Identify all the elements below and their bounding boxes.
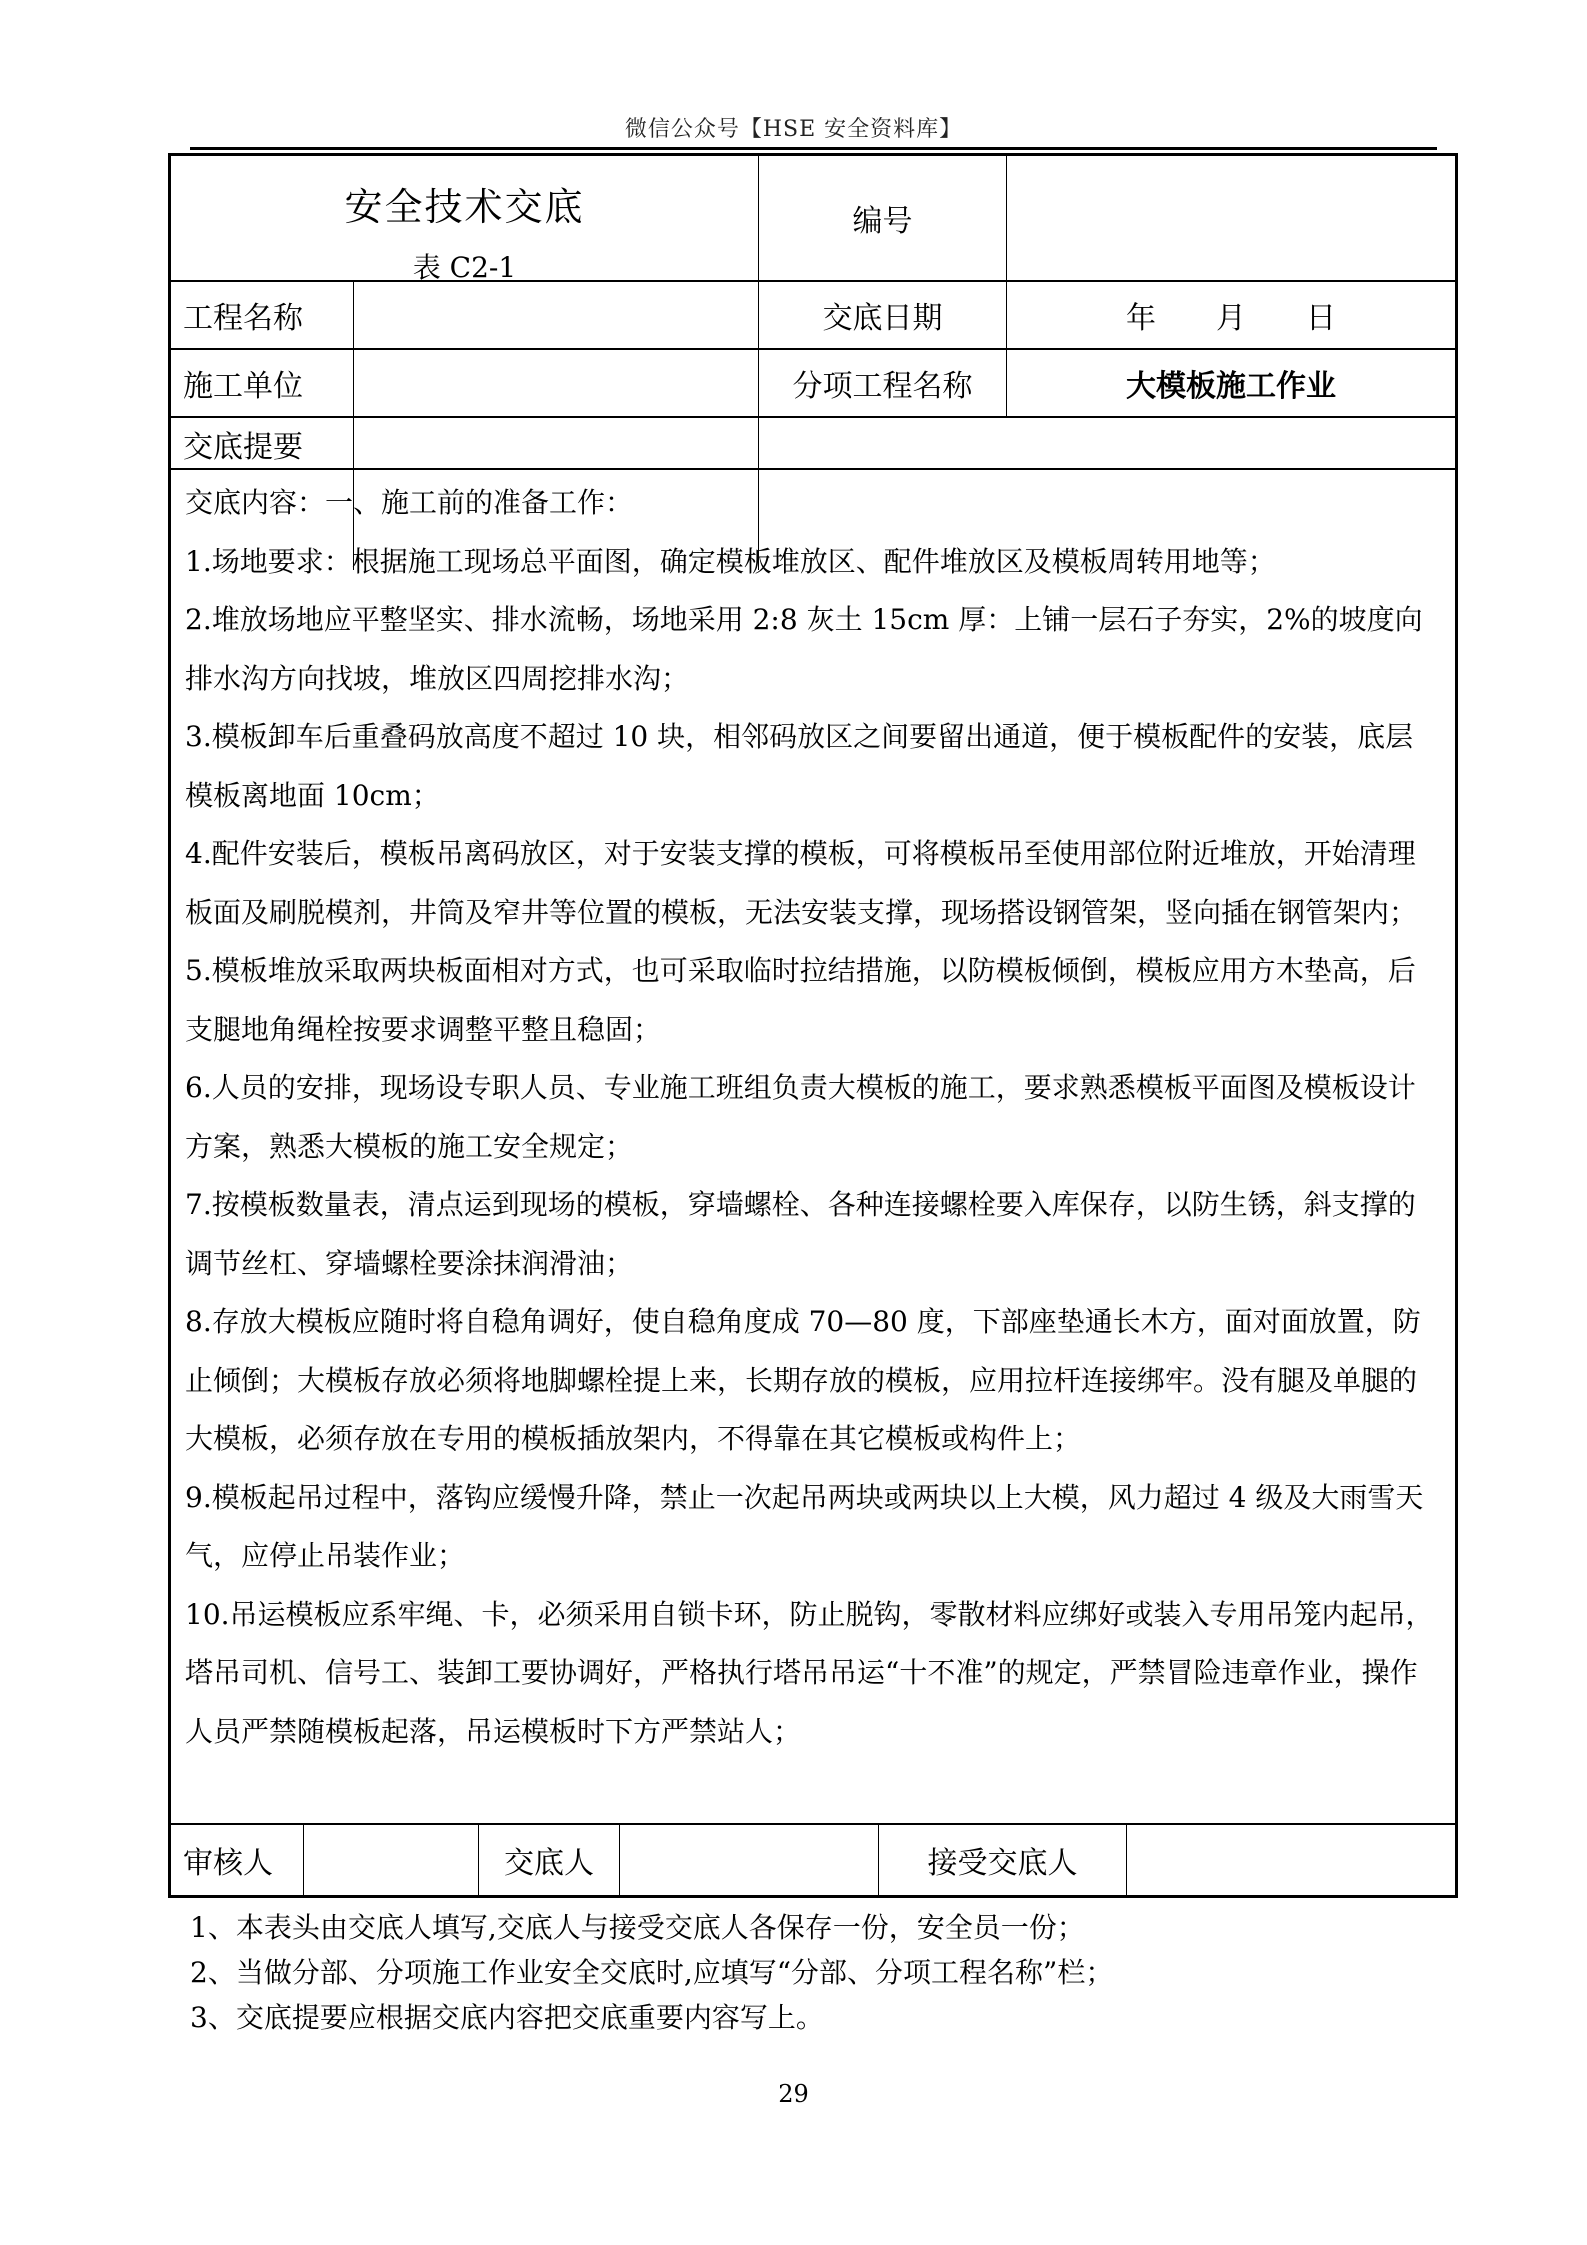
subproject-label: 分项工程名称	[759, 350, 1006, 416]
content-item: 4.配件安装后，模板吊离码放区，对于安装支撑的模板，可将模板吊至使用部位附近堆放…	[185, 825, 1441, 942]
receiver-label: 接受交底人	[879, 1825, 1126, 1895]
summary-field[interactable]	[354, 418, 1454, 470]
form-title: 安全技术交底	[171, 176, 758, 231]
unit-field[interactable]	[354, 350, 758, 416]
number-label: 编号	[759, 156, 1006, 280]
date-field[interactable]: 年 月 日	[1007, 282, 1455, 348]
number-field[interactable]	[1007, 156, 1455, 280]
project-name-field[interactable]	[354, 282, 758, 348]
content-item: 7.按模板数量表，清点运到现场的模板，穿墙螺栓、各种连接螺栓要入库保存，以防生锈…	[185, 1176, 1441, 1293]
content-item: 5.模板堆放采取两块板面相对方式，也可采取临时拉结措施，以防模板倾倒，模板应用方…	[185, 942, 1441, 1059]
form-title-cell: 安全技术交底 表 C2-1	[171, 156, 758, 280]
receiver-field[interactable]	[1127, 1825, 1455, 1895]
content-item: 6.人员的安排，现场设专职人员、专业施工班组负责大模板的施工，要求熟悉模板平面图…	[185, 1059, 1441, 1176]
content-item: 9.模板起吊过程中，落钩应缓慢升降，禁止一次起吊两块或两块以上大模，风力超过 4…	[185, 1469, 1441, 1586]
note-item: 2、当做分部、分项施工作业安全交底时,应填写“分部、分项工程名称”栏；	[190, 1950, 1113, 1995]
content-item: 1.场地要求：根据施工现场总平面图，确定模板堆放区、配件堆放区及模板周转用地等；	[185, 533, 1441, 592]
reviewer-field[interactable]	[304, 1825, 478, 1895]
content-heading: 交底内容：一、施工前的准备工作：	[185, 474, 1441, 533]
form-notes: 1、本表头由交底人填写,交底人与接受交底人各保存一份，安全员一份； 2、当做分部…	[190, 1905, 1113, 2040]
note-item: 1、本表头由交底人填写,交底人与接受交底人各保存一份，安全员一份；	[190, 1905, 1113, 1950]
note-item: 3、交底提要应根据交底内容把交底重要内容写上。	[190, 1995, 1113, 2040]
content-item: 10.吊运模板应系牢绳、卡，必须采用自锁卡环，防止脱钩，零散材料应绑好或装入专用…	[185, 1586, 1441, 1762]
content-item: 3.模板卸车后重叠码放高度不超过 10 块，相邻码放区之间要留出通道，便于模板配…	[185, 708, 1441, 825]
content-item: 2.堆放场地应平整坚实、排水流畅，场地采用 2:8 灰土 15cm 厚：上铺一层…	[185, 591, 1441, 708]
subproject-field[interactable]: 大模板施工作业	[1007, 350, 1455, 416]
summary-label: 交底提要	[183, 418, 353, 470]
discloser-field[interactable]	[620, 1825, 878, 1895]
unit-label: 施工单位	[183, 350, 353, 416]
page-header: 微信公众号【HSE 安全资料库】	[0, 112, 1587, 143]
divider	[171, 468, 1455, 470]
content-item: 8.存放大模板应随时将自稳角调好，使自稳角度成 70—80 度，下部座垫通长木方…	[185, 1293, 1441, 1469]
header-rule	[190, 147, 1437, 150]
disclosure-content: 交底内容：一、施工前的准备工作： 1.场地要求：根据施工现场总平面图，确定模板堆…	[185, 474, 1441, 1761]
safety-disclosure-form: 安全技术交底 表 C2-1 编号 工程名称 交底日期 年 月 日 施工单位 分项…	[168, 153, 1458, 1898]
project-name-label: 工程名称	[183, 282, 353, 348]
discloser-label: 交底人	[479, 1825, 619, 1895]
page-number: 29	[0, 2080, 1587, 2108]
date-label: 交底日期	[759, 282, 1006, 348]
reviewer-label: 审核人	[183, 1825, 303, 1895]
